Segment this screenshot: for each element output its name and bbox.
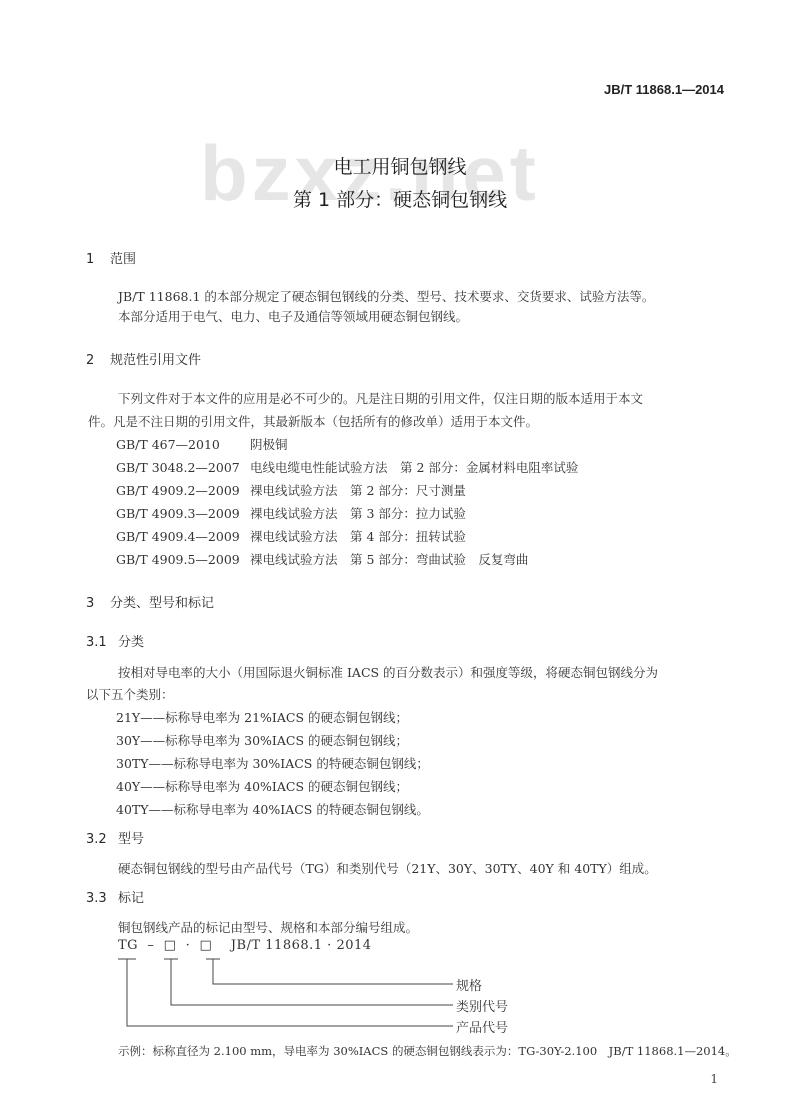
class-item: 40Y——标称导电率为 40%IACS 的硬态铜包钢线； [116,777,408,795]
label-class-code: 类别代号 [456,996,508,1015]
section-2-intro: 件。凡是不注日期的引用文件，其最新版本（包括所有的修改单）适用于本文件。 [88,412,538,430]
section-1-heading: 1范围 [86,248,136,267]
class-item: 21Y——标称导电率为 21%IACS 的硬态铜包钢线； [116,708,408,726]
reference-item: GB/T 467—2010阴极铜 [116,435,288,453]
reference-item: GB/T 3048.2—2007电线电缆电性能试验方法 第 2 部分：金属材料电… [116,458,578,476]
class-item: 40TY——标称导电率为 40%IACS 的特硬态铜包钢线。 [116,800,429,818]
section-3-3-heading: 3.3标记 [86,887,144,906]
reference-item: GB/T 4909.4—2009裸电线试验方法 第 4 部分：扭转试验 [116,527,466,545]
section-3-2-text: 硬态铜包钢线的型号由产品代号（TG）和类别代号（21Y、30Y、30TY、40Y… [118,859,657,877]
section-1-paragraph: 本部分适用于电气、电力、电子及通信等领域用硬态铜包钢线。 [118,307,468,325]
marking-diagram: TG – □ · □ JB/T 11868.1 · 2014 规格 类别代号 产… [118,938,538,1038]
section-3-3-text: 铜包钢线产品的标记由型号、规格和本部分编号组成。 [118,918,418,936]
section-2-heading: 2规范性引用文件 [86,349,201,368]
document-title: 电工用铜包钢线 [0,152,800,179]
section-3-1-intro: 以下五个类别： [86,685,174,703]
label-product-code: 产品代号 [456,1017,508,1036]
reference-item: GB/T 4909.5—2009裸电线试验方法 第 5 部分：弯曲试验 反复弯曲 [116,550,528,568]
section-3-2-heading: 3.2型号 [86,828,144,847]
reference-item: GB/T 4909.3—2009裸电线试验方法 第 3 部分：拉力试验 [116,504,466,522]
standard-code-header: JB/T 11868.1—2014 [604,82,724,97]
section-1-paragraph: JB/T 11868.1 的本部分规定了硬态铜包钢线的分类、型号、技术要求、交货… [118,287,654,305]
document-subtitle: 第 1 部分：硬态铜包钢线 [0,185,800,212]
section-2-intro: 下列文件对于本文件的应用是必不可少的。凡是注日期的引用文件，仅注日期的版本适用于… [118,389,643,407]
page-number: 1 [710,1072,718,1086]
reference-item: GB/T 4909.2—2009裸电线试验方法 第 2 部分：尺寸测量 [116,481,466,499]
section-3-1-intro: 按相对导电率的大小（用国际退火铜标准 IACS 的百分数表示）和强度等级，将硬态… [118,663,658,681]
label-specification: 规格 [456,975,482,994]
class-item: 30TY——标称导电率为 30%IACS 的特硬态铜包钢线； [116,754,429,772]
section-3-heading: 3分类、型号和标记 [86,592,214,611]
class-item: 30Y——标称导电率为 30%IACS 的硬态铜包钢线； [116,731,408,749]
marking-example: 示例：标称直径为 2.100 mm，导电率为 30%IACS 的硬态铜包钢线表示… [118,1043,737,1059]
section-3-1-heading: 3.1分类 [86,631,144,650]
